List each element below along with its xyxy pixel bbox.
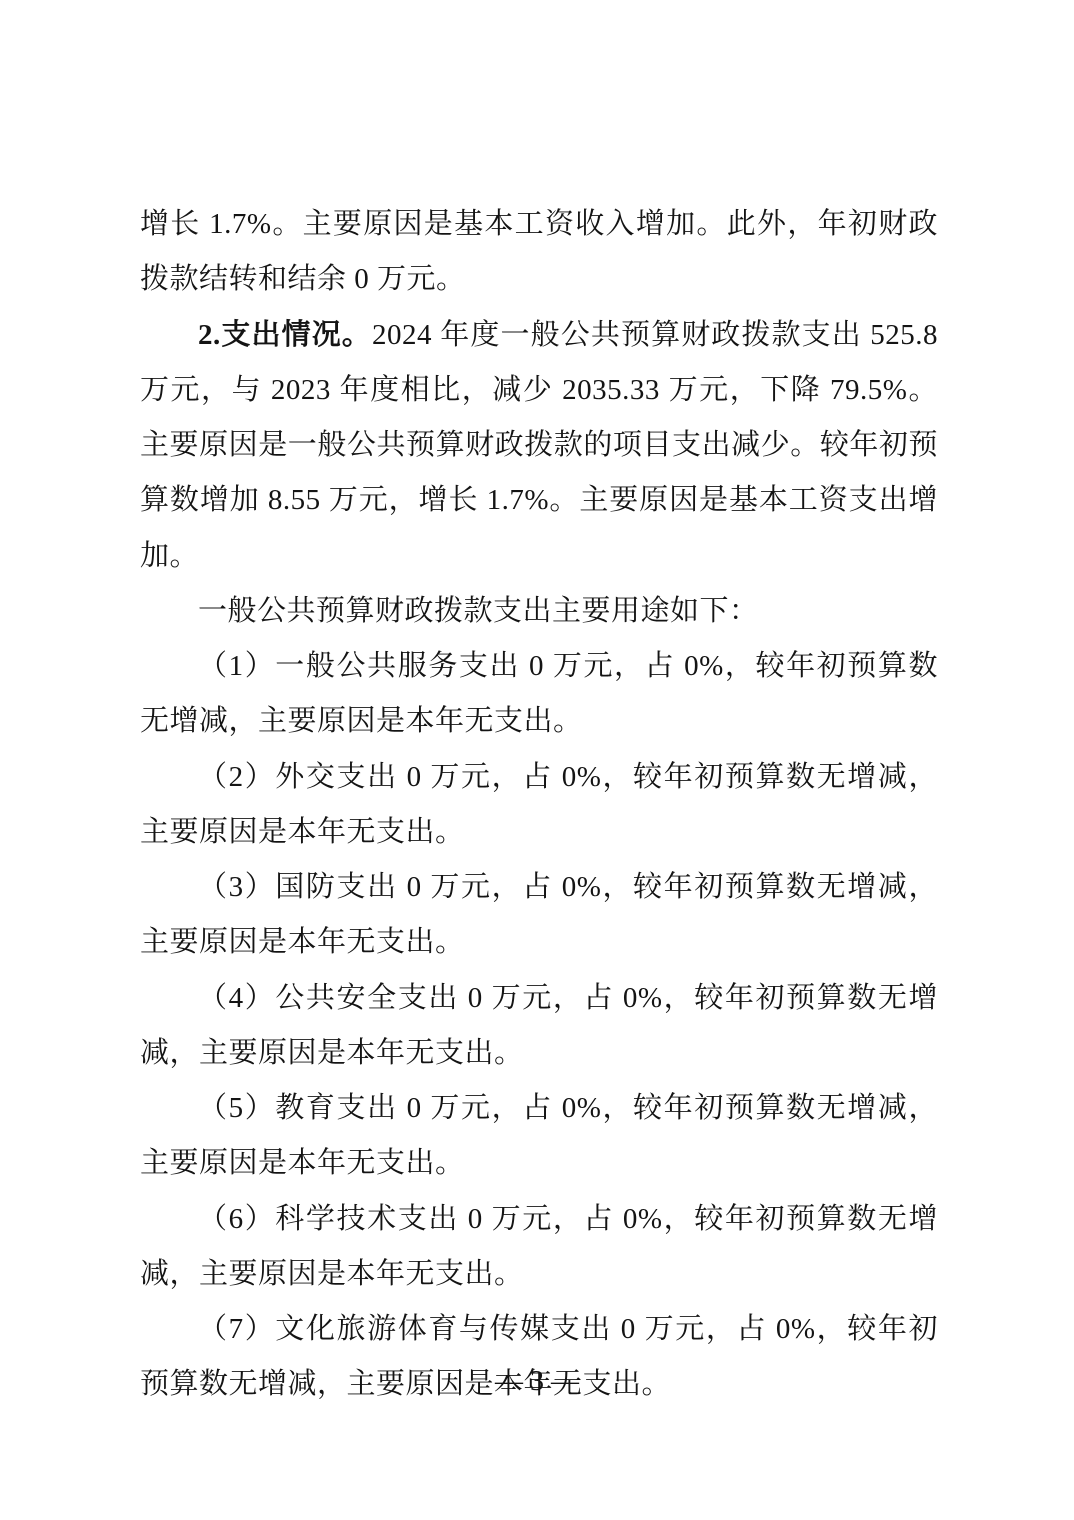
paragraph-item-4-public-security: （4）公共安全支出 0 万元，占 0%，较年初预算数无增减，主要原因是本年无支出… xyxy=(140,971,938,1082)
paragraph-carryover: 增长 1.7%。主要原因是基本工资收入增加。此外，年初财政拨款结转和结余 0 万… xyxy=(140,197,938,308)
paragraph-item-1-general-public-services: （1）一般公共服务支出 0 万元，占 0%，较年初预算数无增减，主要原因是本年无… xyxy=(140,639,938,750)
paragraph-expenditure-overview: 2.支出情况。2024 年度一般公共预算财政拨款支出 525.8 万元，与 20… xyxy=(140,308,938,584)
page-number: — 3 — xyxy=(495,1366,579,1397)
paragraph-usage-intro: 一般公共预算财政拨款支出主要用途如下： xyxy=(140,584,938,639)
paragraph-expenditure-text: 2024 年度一般公共预算财政拨款支出 525.8 万元，与 2023 年度相比… xyxy=(140,319,938,572)
paragraph-item-3-national-defense: （3）国防支出 0 万元，占 0%，较年初预算数无增减，主要原因是本年无支出。 xyxy=(140,860,938,971)
document-page: 增长 1.7%。主要原因是基本工资收入增加。此外，年初财政拨款结转和结余 0 万… xyxy=(0,0,1074,1520)
paragraph-item-2-foreign-affairs: （2）外交支出 0 万元，占 0%，较年初预算数无增减，主要原因是本年无支出。 xyxy=(140,750,938,861)
document-body: 增长 1.7%。主要原因是基本工资收入增加。此外，年初财政拨款结转和结余 0 万… xyxy=(140,197,938,1413)
paragraph-item-5-education: （5）教育支出 0 万元，占 0%，较年初预算数无增减，主要原因是本年无支出。 xyxy=(140,1081,938,1192)
bold-lead-expenditure: 2.支出情况。 xyxy=(198,319,372,351)
paragraph-item-6-science-technology: （6）科学技术支出 0 万元，占 0%，较年初预算数无增减，主要原因是本年无支出… xyxy=(140,1192,938,1303)
page-footer: — 3 — xyxy=(0,1362,1074,1402)
